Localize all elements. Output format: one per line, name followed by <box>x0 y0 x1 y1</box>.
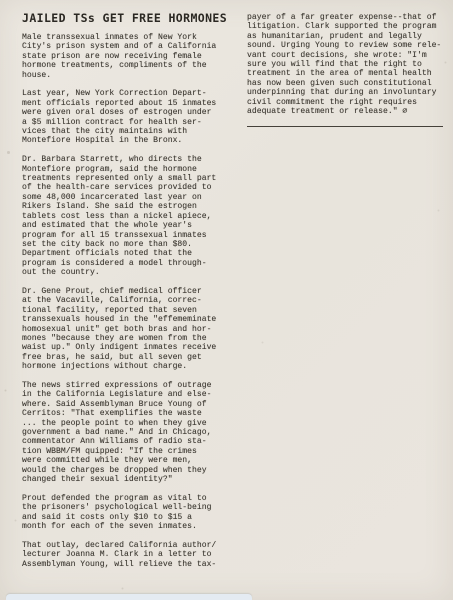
right-column: payer of a far greater expense--that of … <box>247 13 447 127</box>
article-paragraph: Prout defended the program as vital to t… <box>22 494 240 532</box>
scan-noise-specks <box>0 0 1 1</box>
article-title: JAILED TSs GET FREE HORMONES <box>22 11 227 25</box>
scan-edge-artifact <box>6 594 252 600</box>
left-column: Male transsexual inmates of New York Cit… <box>22 33 240 578</box>
article-paragraph: That outlay, declared California author/… <box>22 541 240 569</box>
article-paragraph: payer of a far greater expense--that of … <box>247 13 447 116</box>
document-page: JAILED TSs GET FREE HORMONES Male transs… <box>0 0 453 600</box>
article-paragraph: The news stirred expressions of outrage … <box>22 381 240 484</box>
article-paragraph: Dr. Gene Prout, chief medical officer at… <box>22 287 240 372</box>
article-paragraph: Last year, New York Correction Depart- m… <box>22 89 240 145</box>
article-paragraph: Male transsexual inmates of New York Cit… <box>22 33 240 80</box>
article-paragraph: Dr. Barbara Starrett, who directs the Mo… <box>22 155 240 277</box>
article-end-rule <box>247 126 443 127</box>
